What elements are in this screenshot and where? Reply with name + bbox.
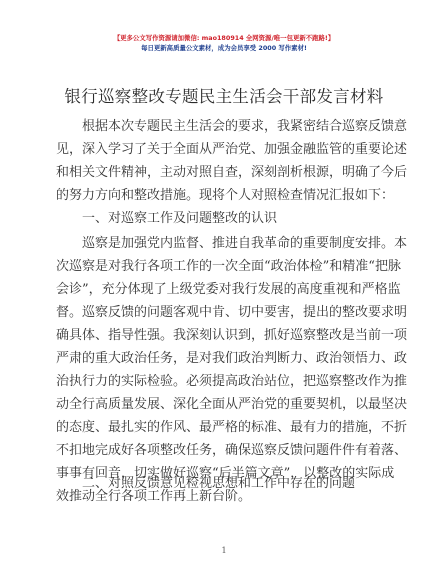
document-title: 银行巡察整改专题民主生活会干部发言材料 — [0, 83, 448, 107]
document-page: 【更多公文写作资源请加微信: mao180914 全网资源/唯一包更新不跑路!】… — [0, 0, 448, 580]
text-line: 次巡察是对我行各项工作的一次全面“政治体检”和精准“把脉 — [56, 255, 392, 278]
text-line: 确具体、指导性强。我深刻认识到，抓好巡察整改是当前一项 — [56, 324, 392, 347]
paragraph-section-1: 巡察是加强党内监督、推进自我革命的重要制度安排。本 次巡察是对我行各项工作的一次… — [56, 232, 392, 508]
text-line: 的努力方向和整改措施。现将个人对照检查情况汇报如下： — [56, 184, 392, 207]
text-line: 督。巡察反馈的问题客观中肯、切中要害，提出的整改要求明 — [56, 301, 392, 324]
text-line: 巡察是加强党内监督、推进自我革命的重要制度安排。本 — [56, 232, 392, 255]
text-line: 根据本次专题民主生活会的要求，我紧密结合巡察反馈意 — [56, 115, 392, 138]
section-heading-2-wrap: 二、对照反馈意见检视思想和工作中存在的问题 — [56, 472, 392, 495]
text-line: 的态度、最扎实的作风、最严格的标准、最有力的措施，不折 — [56, 416, 392, 439]
text-line: 不扣地完成好各项整改任务，确保巡察反馈问题件件有着落、 — [56, 439, 392, 462]
text-line: 严肃的重大政治任务，是对我们政治判断力、政治领悟力、政 — [56, 347, 392, 370]
text-line: 见，深入学习了关于全面从严治党、加强金融监管的重要论述 — [56, 138, 392, 161]
promo-banner-line-1: 【更多公文写作资源请加微信: mao180914 全网资源/唯一包更新不跑路!】 — [0, 33, 448, 42]
page-number: 1 — [0, 546, 448, 555]
section-heading-2: 二、对照反馈意见检视思想和工作中存在的问题 — [56, 472, 392, 495]
text-line: 会诊”，充分体现了上级党委对我行发展的高度重视和严格监 — [56, 278, 392, 301]
text-line: 和相关文件精神，主动对照自查，深刻剖析根源，明确了今后 — [56, 161, 392, 184]
promo-banner-line-2: 每日更新高质量公文素材，成为会员享受 2000 写作素材! — [0, 43, 448, 52]
text-line: 动全行高质量发展、深化全面从严治党的重要契机，以最坚决 — [56, 393, 392, 416]
section-heading-1-wrap: 一、对巡察工作及问题整改的认识 — [56, 207, 392, 230]
text-line: 治执行力的实际检验。必须提高政治站位，把巡察整改作为推 — [56, 370, 392, 393]
paragraph-intro: 根据本次专题民主生活会的要求，我紧密结合巡察反馈意 见，深入学习了关于全面从严治… — [56, 115, 392, 207]
section-heading-1: 一、对巡察工作及问题整改的认识 — [56, 207, 392, 230]
